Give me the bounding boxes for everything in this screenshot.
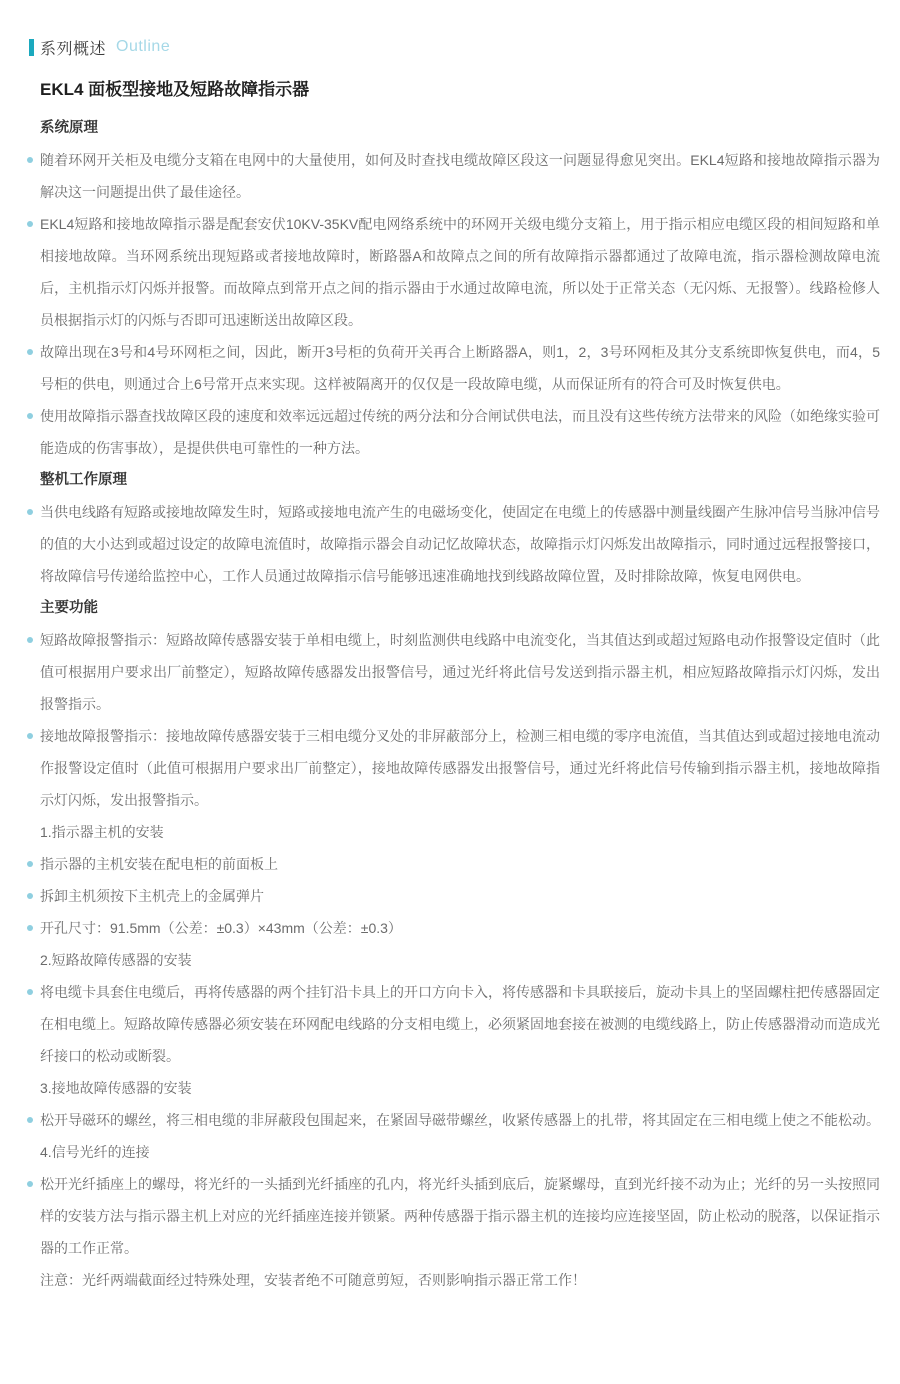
bullet-item: 将电缆卡具套住电缆后，再将传感器的两个挂钉沿卡具上的开口方向卡入，将传感器和卡具… bbox=[40, 976, 880, 1072]
bullet-item: 接地故障报警指示：接地故障传感器安装于三相电缆分叉处的非屏蔽部分上，检测三相电缆… bbox=[40, 720, 880, 816]
bullet-text: 拆卸主机须按下主机壳上的金属弹片 bbox=[40, 888, 264, 904]
bullet-dot-icon bbox=[27, 509, 33, 515]
bullet-dot-icon bbox=[27, 733, 33, 739]
content-sections: 系统原理随着环网开关柜及电缆分支箱在电网中的大量使用，如何及时查找电缆故障区段这… bbox=[40, 112, 880, 1296]
bullet-text: 当供电线路有短路或接地故障发生时，短路或接地电流产生的电磁场变化，使固定在电缆上… bbox=[40, 504, 880, 584]
section-heading: 整机工作原理 bbox=[40, 464, 880, 496]
bullet-item: 随着环网开关柜及电缆分支箱在电网中的大量使用，如何及时查找电缆故障区段这一问题显… bbox=[40, 144, 880, 208]
document-page: 系列概述 Outline EKL4 面板型接地及短路故障指示器 系统原理随着环网… bbox=[0, 0, 900, 1336]
bullet-dot-icon bbox=[27, 413, 33, 419]
bullet-text: 指示器的主机安装在配电柜的前面板上 bbox=[40, 856, 278, 872]
bullet-text: 短路故障报警指示：短路故障传感器安装于单相电缆上，时刻监测供电线路中电流变化，当… bbox=[40, 632, 880, 712]
bullet-text: 使用故障指示器查找故障区段的速度和效率远远超过传统的两分法和分合闸试供电法，而且… bbox=[40, 408, 880, 456]
bullet-item: 指示器的主机安装在配电柜的前面板上 bbox=[40, 848, 880, 880]
sub-label: 2.短路故障传感器的安装 bbox=[40, 944, 880, 976]
section-heading: 主要功能 bbox=[40, 592, 880, 624]
bullet-dot-icon bbox=[27, 861, 33, 867]
bullet-text: EKL4短路和接地故障指示器是配套安伏10KV-35KV配电网络系统中的环网开关… bbox=[40, 216, 880, 328]
bullet-text: 松开导磁环的螺丝，将三相电缆的非屏蔽段包围起来，在紧固导磁带螺丝，收紧传感器上的… bbox=[40, 1112, 880, 1128]
sub-label: 注意：光纤两端截面经过特殊处理，安装者绝不可随意剪短，否则影响指示器正常工作！ bbox=[40, 1264, 880, 1296]
bullet-dot-icon bbox=[27, 1181, 33, 1187]
bullet-dot-icon bbox=[27, 157, 33, 163]
bullet-text: 故障出现在3号和4号环网柜之间，因此，断开3号柜的负荷开关再合上断路器A，则1，… bbox=[40, 344, 880, 392]
bullet-item: EKL4短路和接地故障指示器是配套安伏10KV-35KV配电网络系统中的环网开关… bbox=[40, 208, 880, 336]
section-heading: 系统原理 bbox=[40, 112, 880, 144]
bullet-text: 松开光纤插座上的螺母，将光纤的一头插到光纤插座的孔内，将光纤头插到底后，旋紧螺母… bbox=[40, 1176, 880, 1256]
bullet-dot-icon bbox=[27, 893, 33, 899]
bullet-item: 故障出现在3号和4号环网柜之间，因此，断开3号柜的负荷开关再合上断路器A，则1，… bbox=[40, 336, 880, 400]
sub-label: 4.信号光纤的连接 bbox=[40, 1136, 880, 1168]
sub-label: 1.指示器主机的安装 bbox=[40, 816, 880, 848]
bullet-text: 随着环网开关柜及电缆分支箱在电网中的大量使用，如何及时查找电缆故障区段这一问题显… bbox=[40, 152, 880, 200]
bullet-item: 松开导磁环的螺丝，将三相电缆的非屏蔽段包围起来，在紧固导磁带螺丝，收紧传感器上的… bbox=[40, 1104, 880, 1136]
bullet-item: 开孔尺寸：91.5mm（公差：±0.3）×43mm（公差：±0.3） bbox=[40, 912, 880, 944]
bullet-item: 当供电线路有短路或接地故障发生时，短路或接地电流产生的电磁场变化，使固定在电缆上… bbox=[40, 496, 880, 592]
bullet-item: 松开光纤插座上的螺母，将光纤的一头插到光纤插座的孔内，将光纤头插到底后，旋紧螺母… bbox=[40, 1168, 880, 1264]
bullet-dot-icon bbox=[27, 349, 33, 355]
accent-bar-icon bbox=[29, 39, 34, 56]
bullet-dot-icon bbox=[27, 221, 33, 227]
bullet-item: 拆卸主机须按下主机壳上的金属弹片 bbox=[40, 880, 880, 912]
page-title: EKL4 面板型接地及短路故障指示器 bbox=[40, 76, 880, 104]
bullet-text: 开孔尺寸：91.5mm（公差：±0.3）×43mm（公差：±0.3） bbox=[40, 920, 402, 936]
bullet-dot-icon bbox=[27, 1117, 33, 1123]
sub-label: 3.接地故障传感器的安装 bbox=[40, 1072, 880, 1104]
bullet-text: 接地故障报警指示：接地故障传感器安装于三相电缆分叉处的非屏蔽部分上，检测三相电缆… bbox=[40, 728, 880, 808]
bullet-item: 短路故障报警指示：短路故障传感器安装于单相电缆上，时刻监测供电线路中电流变化，当… bbox=[40, 624, 880, 720]
bullet-item: 使用故障指示器查找故障区段的速度和效率远远超过传统的两分法和分合闸试供电法，而且… bbox=[40, 400, 880, 464]
bullet-text: 将电缆卡具套住电缆后，再将传感器的两个挂钉沿卡具上的开口方向卡入，将传感器和卡具… bbox=[40, 984, 880, 1064]
bullet-dot-icon bbox=[27, 925, 33, 931]
series-title-en: Outline bbox=[116, 38, 170, 56]
bullet-dot-icon bbox=[27, 989, 33, 995]
series-title-zh: 系列概述 bbox=[40, 36, 106, 59]
bullet-dot-icon bbox=[27, 637, 33, 643]
series-header: 系列概述 Outline bbox=[29, 36, 880, 58]
